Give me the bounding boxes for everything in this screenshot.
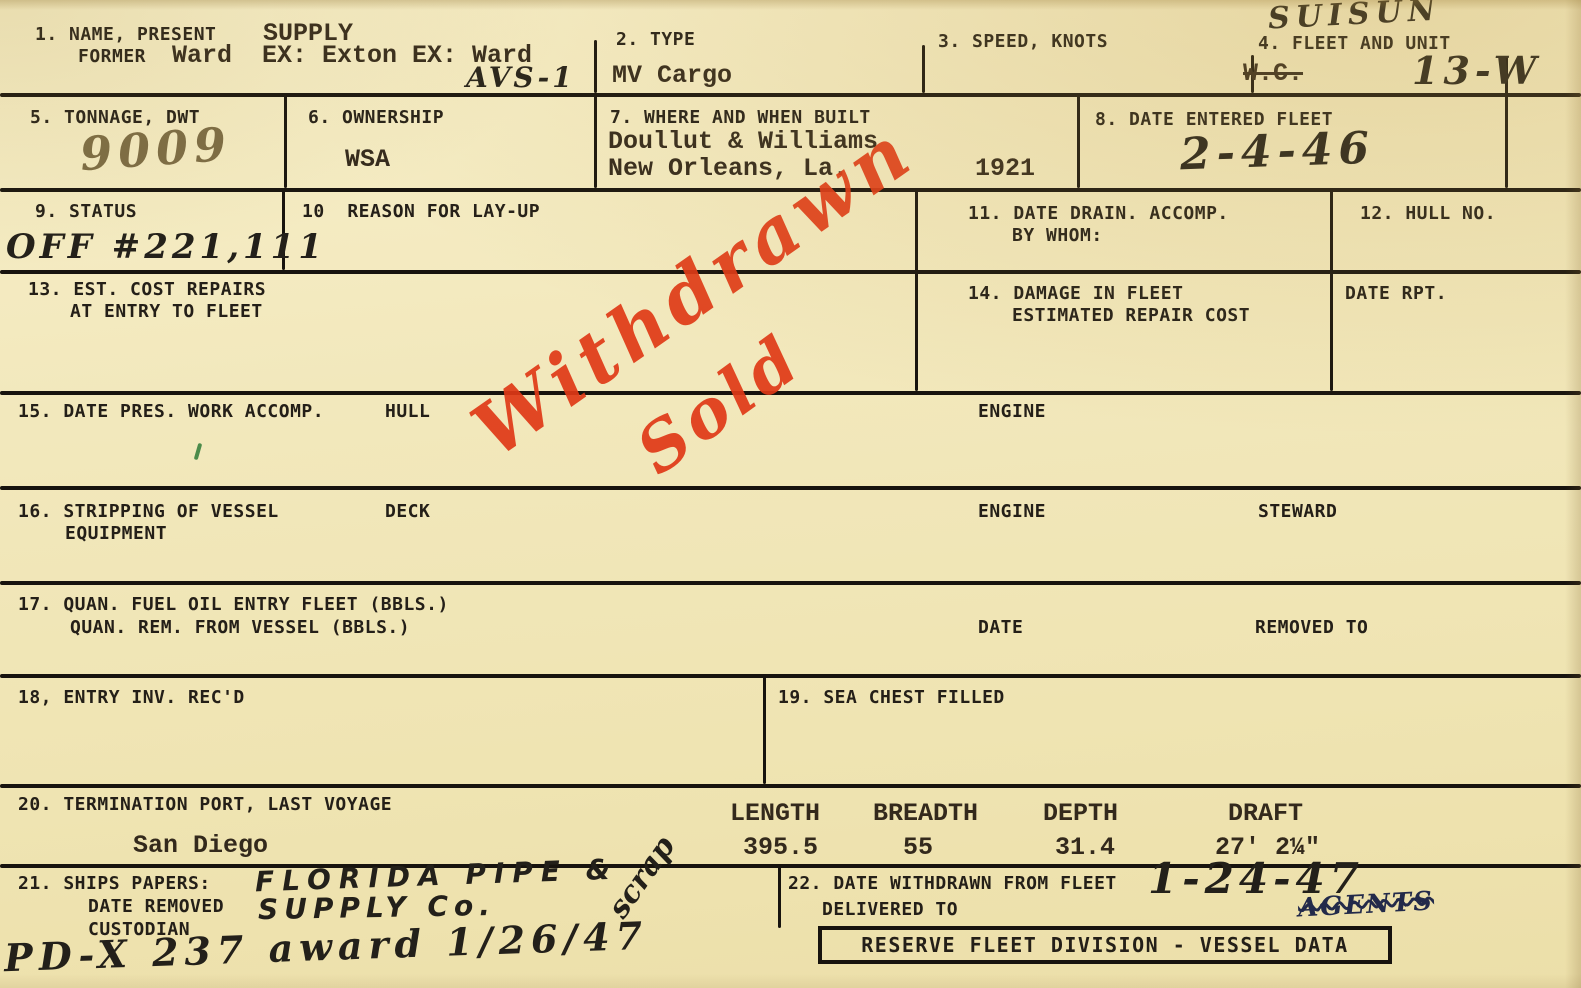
engine-label-16: ENGINE (978, 500, 1046, 523)
date-removed-label: DATE REMOVED (88, 895, 224, 918)
termination-port: San Diego (133, 830, 268, 861)
steward-label: STEWARD (1258, 500, 1337, 523)
length-label: LENGTH (730, 798, 820, 829)
struck-fleet-code: W.C. (1243, 58, 1303, 89)
divider (778, 864, 781, 928)
built-year: 1921 (975, 153, 1035, 184)
field-16-label: 16. STRIPPING OF VESSEL (18, 500, 279, 523)
field-21-label: 21. SHIPS PAPERS: (18, 872, 211, 895)
divider (922, 45, 925, 93)
handwritten-agents: AGENTS (1297, 888, 1434, 921)
length-value: 395.5 (743, 832, 818, 863)
hull-label: HULL (385, 400, 430, 423)
deck-label: DECK (385, 500, 430, 523)
handwritten-unit: 13-W (1412, 52, 1541, 90)
field-11-label: 11. DATE DRAIN. ACCOMP. (968, 202, 1229, 225)
handwritten-date-entered: 2-4-46 (1179, 127, 1375, 178)
depth-label: DEPTH (1043, 798, 1118, 829)
handwritten-suisun: SUISUN (1267, 0, 1441, 35)
form-title-box: RESERVE FLEET DIVISION - VESSEL DATA (818, 926, 1392, 964)
field-17-label-2: QUAN. REM. FROM VESSEL (BBLS.) (70, 616, 410, 639)
field-11-by-whom-label: BY WHOM: (1012, 224, 1103, 247)
date-rpt-label: DATE RPT. (1345, 282, 1447, 305)
vessel-data-card: 1. NAME, PRESENT SUPPLY FORMER Ward EX: … (0, 0, 1581, 988)
divider (915, 188, 918, 391)
field-6-label: 6. OWNERSHIP (308, 106, 444, 129)
field-1-former-label: FORMER (78, 45, 146, 68)
handwritten-tonnage: 9009 (79, 121, 234, 177)
green-mark (194, 443, 203, 460)
divider (1077, 93, 1080, 188)
field-14-label-2: ESTIMATED REPAIR COST (1012, 304, 1250, 327)
field-17-label: 17. QUAN. FUEL OIL ENTRY FLEET (BBLS.) (18, 593, 449, 616)
form-title: RESERVE FLEET DIVISION - VESSEL DATA (861, 933, 1348, 957)
field-14-label: 14. DAMAGE IN FLEET (968, 282, 1183, 305)
handwritten-status: OFF #221,111 (6, 230, 326, 264)
breadth-value: 55 (903, 832, 933, 863)
divider (763, 674, 766, 784)
divider (0, 674, 1581, 678)
vessel-type: MV Cargo (612, 60, 732, 91)
field-15-label: 15. DATE PRES. WORK ACCOMP. (18, 400, 324, 423)
field-10-label: 10 REASON FOR LAY-UP (302, 200, 540, 223)
field-19-label: 19. SEA CHEST FILLED (778, 686, 1005, 709)
date-label: DATE (978, 616, 1023, 639)
field-12-label: 12. HULL NO. (1360, 202, 1496, 225)
divider (0, 784, 1581, 788)
breadth-label: BREADTH (873, 798, 978, 829)
divider (0, 581, 1581, 585)
field-2-label: 2. TYPE (616, 28, 695, 51)
field-20-label: 20. TERMINATION PORT, LAST VOYAGE (18, 793, 392, 816)
draft-label: DRAFT (1228, 798, 1303, 829)
field-13-label: 13. EST. COST REPAIRS (28, 278, 266, 301)
divider (284, 93, 287, 188)
divider (594, 40, 597, 93)
handwritten-avs-designation: AVS-1 (466, 64, 575, 92)
field-22-label: 22. DATE WITHDRAWN FROM FLEET (788, 872, 1117, 895)
divider (0, 486, 1581, 490)
divider (594, 93, 597, 188)
depth-value: 31.4 (1055, 832, 1115, 863)
field-3-label: 3. SPEED, KNOTS (938, 30, 1108, 53)
divider (0, 93, 1581, 97)
field-13-label-2: AT ENTRY TO FLEET (70, 300, 263, 323)
removed-to-label: REMOVED TO (1255, 616, 1368, 639)
ownership-value: WSA (345, 144, 390, 175)
delivered-to-label: DELIVERED TO (822, 898, 958, 921)
engine-label-15: ENGINE (978, 400, 1046, 423)
field-16-label-2: EQUIPMENT (65, 522, 167, 545)
divider (1330, 188, 1333, 391)
field-18-label: 18, ENTRY INV. REC'D (18, 686, 245, 709)
field-9-label: 9. STATUS (35, 200, 137, 223)
